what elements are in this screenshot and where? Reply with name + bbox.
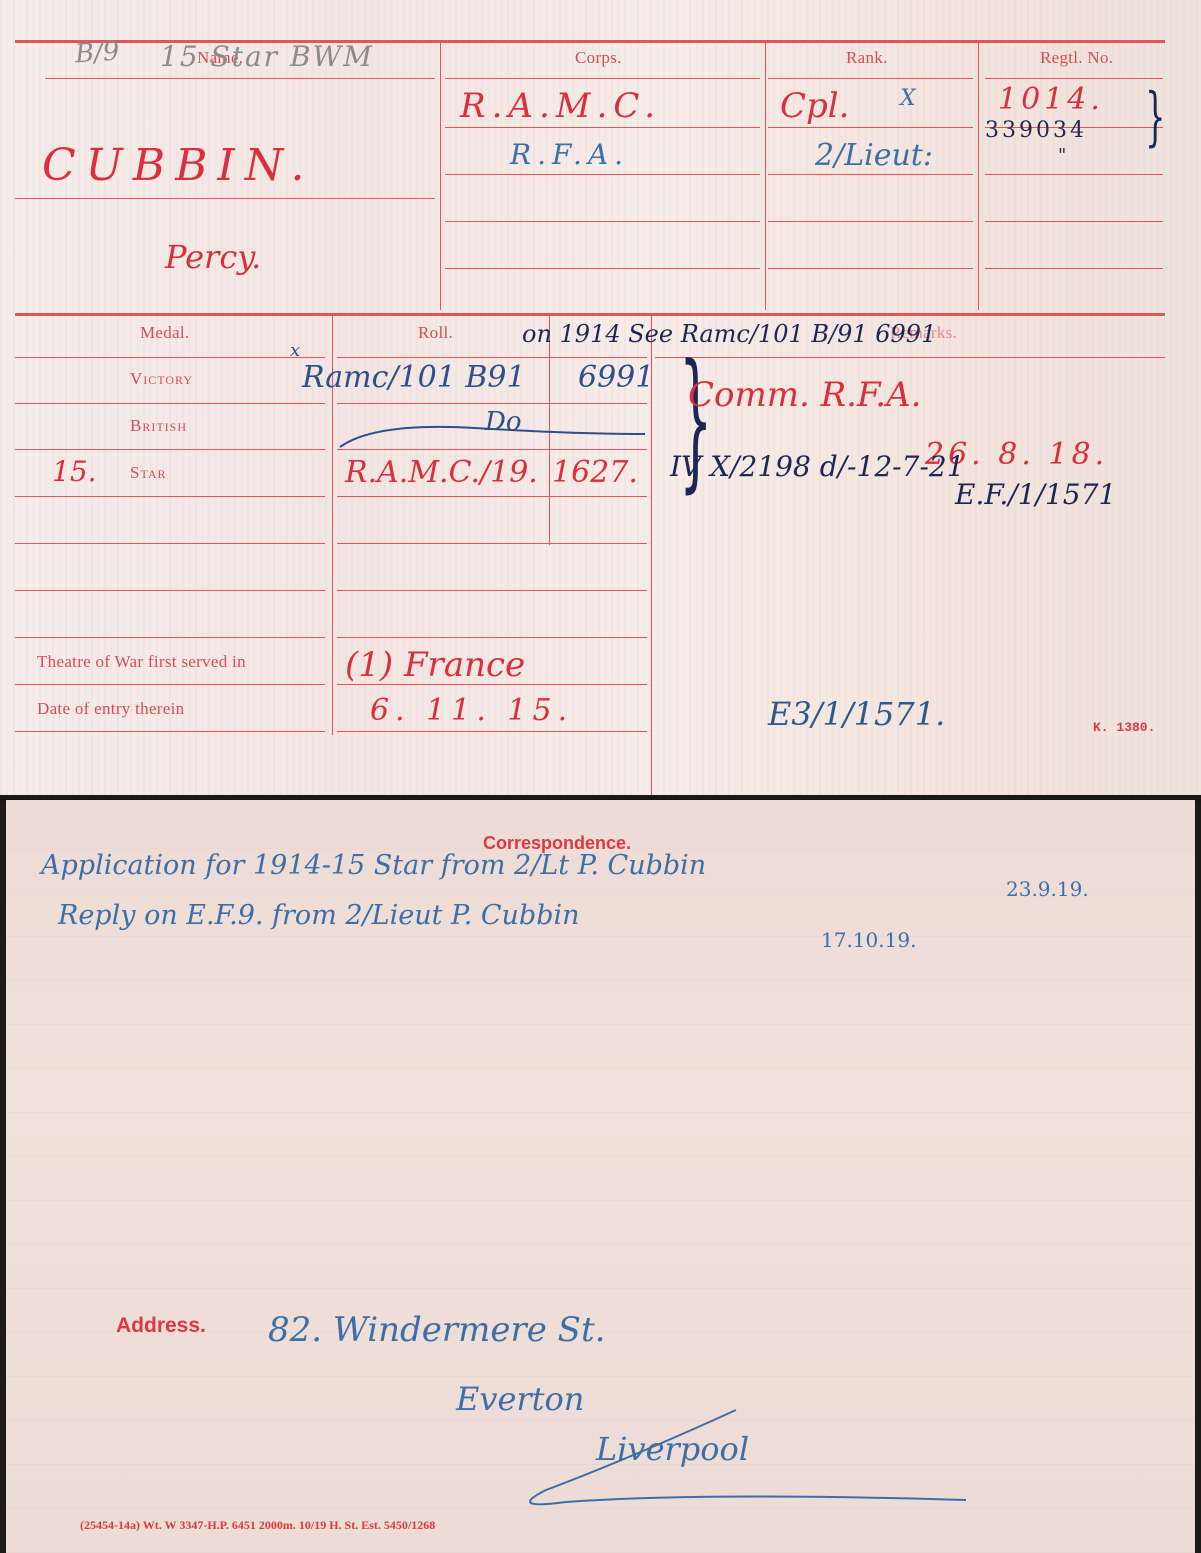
row-rule <box>655 357 1165 358</box>
star-prefix: 15. <box>52 455 97 488</box>
row-rule <box>337 496 647 497</box>
medal-section-top-rule <box>15 313 1165 316</box>
row-rule <box>337 731 647 732</box>
medal-british: British <box>130 416 187 436</box>
row-rule <box>15 496 325 497</box>
correspondence-date-1: 23.9.19. <box>1006 877 1089 901</box>
address-flourish <box>506 1400 976 1510</box>
medal-star: Star <box>130 463 167 483</box>
corps-2: R.F.A. <box>510 138 629 171</box>
rank-1: Cpl. <box>780 86 849 126</box>
correspondence-entry-1: Application for 1914-15 Star from 2/Lt P… <box>41 850 706 881</box>
corps-rank-divider <box>765 42 766 310</box>
row-rule <box>15 403 325 404</box>
medal-victory: Victory <box>130 369 193 389</box>
regtl-ditto-mark: " <box>1058 145 1066 166</box>
row-rule <box>985 268 1163 269</box>
row-rule <box>445 174 760 175</box>
rank-2: 2/Lieut: <box>815 138 933 173</box>
regtl-no-header: Regtl. No. <box>1040 48 1113 68</box>
rank-1-mark: X <box>900 86 916 111</box>
regtl-bracket: } <box>1145 80 1165 154</box>
correspondence-date-2: 17.10.19. <box>821 928 916 952</box>
remarks-line1: Comm. R.F.A. <box>688 375 921 415</box>
medal-card-front: Name. Corps. Rank. Regtl. No. B/9 15 Sta… <box>0 0 1201 800</box>
victory-roll: Ramc/101 B91 <box>302 360 526 395</box>
corps-1: R.A.M.C. <box>460 86 661 126</box>
corps-header: Corps. <box>575 48 622 68</box>
name-corps-divider <box>440 42 441 310</box>
forename: Percy. <box>165 238 261 276</box>
row-rule <box>768 221 973 222</box>
star-page: 1627. <box>552 455 638 490</box>
row-rule <box>15 449 325 450</box>
roll-header: Roll. <box>418 323 453 343</box>
row-rule <box>768 268 973 269</box>
rank-header: Rank. <box>846 48 888 68</box>
regtl-no-2: 339034 <box>985 118 1087 143</box>
surname: CUBBIN. <box>42 140 314 191</box>
row-rule <box>445 268 760 269</box>
theatre-value: (1) France <box>345 645 525 685</box>
regtl-no-1: 1014. <box>998 82 1104 117</box>
date-of-entry-value: 6. 11. 15. <box>370 693 573 728</box>
star-roll: R.A.M.C./19. <box>345 455 538 490</box>
footer-reference: E3/1/1571. <box>768 695 945 733</box>
date-of-entry-label: Date of entry therein <box>37 699 184 719</box>
row-rule <box>337 637 647 638</box>
rank-header-rule <box>768 78 973 79</box>
top-remark-annotation: on 1914 See Ramc/101 B/91 6991 <box>522 320 936 348</box>
victory-page: 6991 <box>578 360 654 395</box>
medal-header: Medal. <box>140 323 189 343</box>
remarks-ref: IV X/2198 d/-12-7-21 <box>670 450 965 483</box>
row-rule <box>337 543 647 544</box>
row-rule <box>15 684 325 685</box>
form-number: K. 1380. <box>1093 720 1155 735</box>
correspondence-entry-2: Reply on E.F.9. from 2/Lieut P. Cubbin <box>58 900 580 931</box>
name-header-rule <box>45 78 435 79</box>
ditto-stroke <box>335 412 655 452</box>
remarks-ref2: E.F./1/1571 <box>955 478 1116 511</box>
row-rule <box>337 590 647 591</box>
row-rule <box>337 357 647 358</box>
row-rule <box>15 637 325 638</box>
address-line-1: 82. Windermere St. <box>268 1310 605 1350</box>
row-rule <box>15 543 325 544</box>
medal-card-back: Correspondence. Application for 1914-15 … <box>6 800 1195 1553</box>
row-rule <box>15 731 325 732</box>
printer-imprint: (25454-14a) Wt. W 3347-H.P. 6451 2000m. … <box>80 1518 435 1533</box>
row-rule <box>768 127 973 128</box>
row-rule <box>445 127 760 128</box>
row-rule <box>337 403 647 404</box>
row-rule <box>15 590 325 591</box>
address-label: Address. <box>116 1314 206 1338</box>
name-divider-rule <box>15 198 435 199</box>
pencil-medal-note: 15 Star BWM <box>160 40 374 73</box>
theatre-label: Theatre of War first served in <box>37 652 246 672</box>
row-rule <box>768 174 973 175</box>
corner-pencil-note: B/9 <box>74 36 120 69</box>
row-rule <box>985 174 1163 175</box>
victory-mark: x <box>290 340 300 361</box>
row-rule <box>445 221 760 222</box>
corps-header-rule <box>445 78 760 79</box>
row-rule <box>985 221 1163 222</box>
rank-regtl-divider <box>978 42 979 310</box>
regtl-header-rule <box>985 78 1163 79</box>
row-rule <box>15 357 325 358</box>
